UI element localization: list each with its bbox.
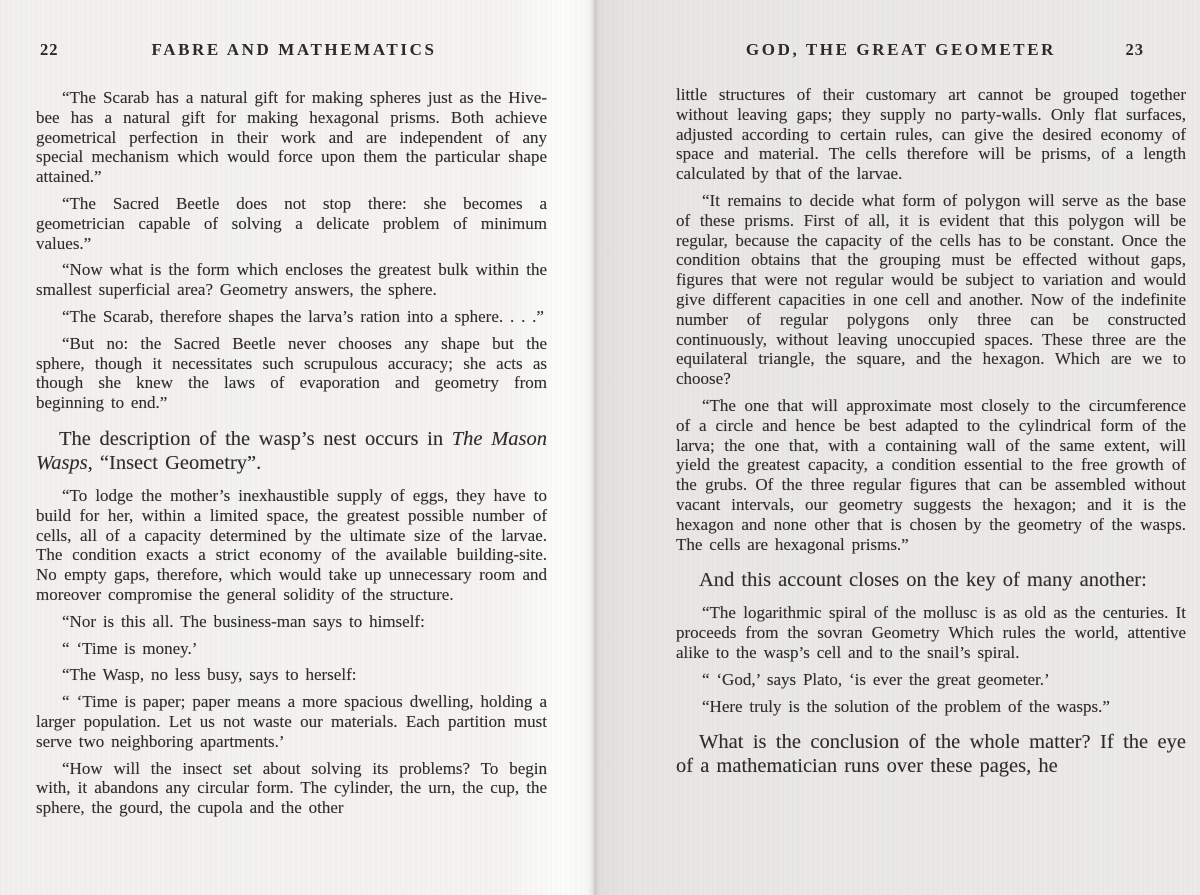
paragraph-text: “Now what is the form which encloses the… bbox=[36, 260, 547, 299]
paragraph-text: “The Wasp, no less busy, says to herself… bbox=[62, 665, 356, 684]
text-column-right: little structures of their customary art… bbox=[676, 85, 1186, 789]
paragraph: little structures of their customary art… bbox=[676, 85, 1186, 184]
paragraph: “But no: the Sacred Beetle never chooses… bbox=[36, 334, 547, 413]
paragraph-text: “Here truly is the solution of the probl… bbox=[702, 697, 1110, 716]
running-header-left: FABRE AND MATHEMATICS bbox=[0, 40, 588, 60]
paragraph-text: “To lodge the mother’s inexhaustible sup… bbox=[36, 486, 547, 604]
paragraph: “To lodge the mother’s inexhaustible sup… bbox=[36, 486, 547, 605]
paragraph: “The Scarab has a natural gift for makin… bbox=[36, 88, 547, 187]
paragraph: The description of the wasp’s nest occur… bbox=[36, 427, 547, 475]
paragraph: “How will the insect set about solving i… bbox=[36, 759, 547, 818]
paragraph: “ ‘God,’ says Plato, ‘is ever the great … bbox=[676, 670, 1186, 690]
paragraph: “ ‘Time is paper; paper means a more spa… bbox=[36, 692, 547, 751]
paragraph-text: The description of the wasp’s nest occur… bbox=[59, 428, 452, 450]
page-left: 22 FABRE AND MATHEMATICS “The Scarab has… bbox=[0, 0, 588, 895]
paragraph: “The Scarab, therefore shapes the larva’… bbox=[36, 307, 547, 327]
paragraph-text: And this account closes on the key of ma… bbox=[699, 569, 1147, 591]
paragraph: “The logarithmic spiral of the mollusc i… bbox=[676, 603, 1186, 662]
paragraph-text: “It remains to decide what form of polyg… bbox=[676, 191, 1186, 388]
paragraph-text: What is the conclusion of the whole matt… bbox=[676, 731, 1186, 777]
text-column-left: “The Scarab has a natural gift for makin… bbox=[36, 88, 547, 825]
paragraph-text: “Nor is this all. The business-man says … bbox=[62, 612, 425, 631]
page-header-left: 22 FABRE AND MATHEMATICS bbox=[0, 40, 588, 62]
paragraph-text: “The one that will approximate most clos… bbox=[676, 396, 1186, 554]
paragraph: And this account closes on the key of ma… bbox=[676, 568, 1186, 592]
book-spread: { "colors": { "paper_left": "#f3f2ee", "… bbox=[0, 0, 1200, 895]
paragraph: “ ‘Time is money.’ bbox=[36, 639, 547, 659]
paragraph-text: “ ‘Time is money.’ bbox=[62, 639, 197, 658]
paragraph: “Now what is the form which encloses the… bbox=[36, 260, 547, 300]
paragraph-text: little structures of their customary art… bbox=[676, 85, 1186, 183]
gutter-fold bbox=[588, 0, 602, 895]
page-right: GOD, THE GREAT GEOMETER 23 little struct… bbox=[602, 0, 1200, 895]
paragraph: What is the conclusion of the whole matt… bbox=[676, 730, 1186, 778]
paragraph: “It remains to decide what form of polyg… bbox=[676, 191, 1186, 389]
paragraph-text: “The Sacred Beetle does not stop there: … bbox=[36, 194, 547, 253]
page-header-right: GOD, THE GREAT GEOMETER 23 bbox=[602, 40, 1200, 62]
paragraph-text: “How will the insect set about solving i… bbox=[36, 759, 547, 818]
paragraph: “Here truly is the solution of the probl… bbox=[676, 697, 1186, 717]
page-number-left: 22 bbox=[40, 40, 59, 60]
paragraph-text: “The logarithmic spiral of the mollusc i… bbox=[676, 603, 1186, 662]
running-header-right: GOD, THE GREAT GEOMETER bbox=[602, 40, 1200, 60]
paragraph-text: “ ‘God,’ says Plato, ‘is ever the great … bbox=[702, 670, 1050, 689]
paragraph-text: “The Scarab has a natural gift for makin… bbox=[36, 88, 547, 186]
paragraph: “The Sacred Beetle does not stop there: … bbox=[36, 194, 547, 253]
paragraph: “Nor is this all. The business-man says … bbox=[36, 612, 547, 632]
paragraph-text: “Insect Geometry”. bbox=[93, 452, 262, 474]
paragraph: “The Wasp, no less busy, says to herself… bbox=[36, 665, 547, 685]
paragraph-text: “ ‘Time is paper; paper means a more spa… bbox=[36, 692, 547, 751]
paragraph-text: “But no: the Sacred Beetle never chooses… bbox=[36, 334, 547, 412]
paragraph: “The one that will approximate most clos… bbox=[676, 396, 1186, 554]
page-number-right: 23 bbox=[1126, 40, 1145, 60]
paragraph-text: “The Scarab, therefore shapes the larva’… bbox=[62, 307, 544, 326]
